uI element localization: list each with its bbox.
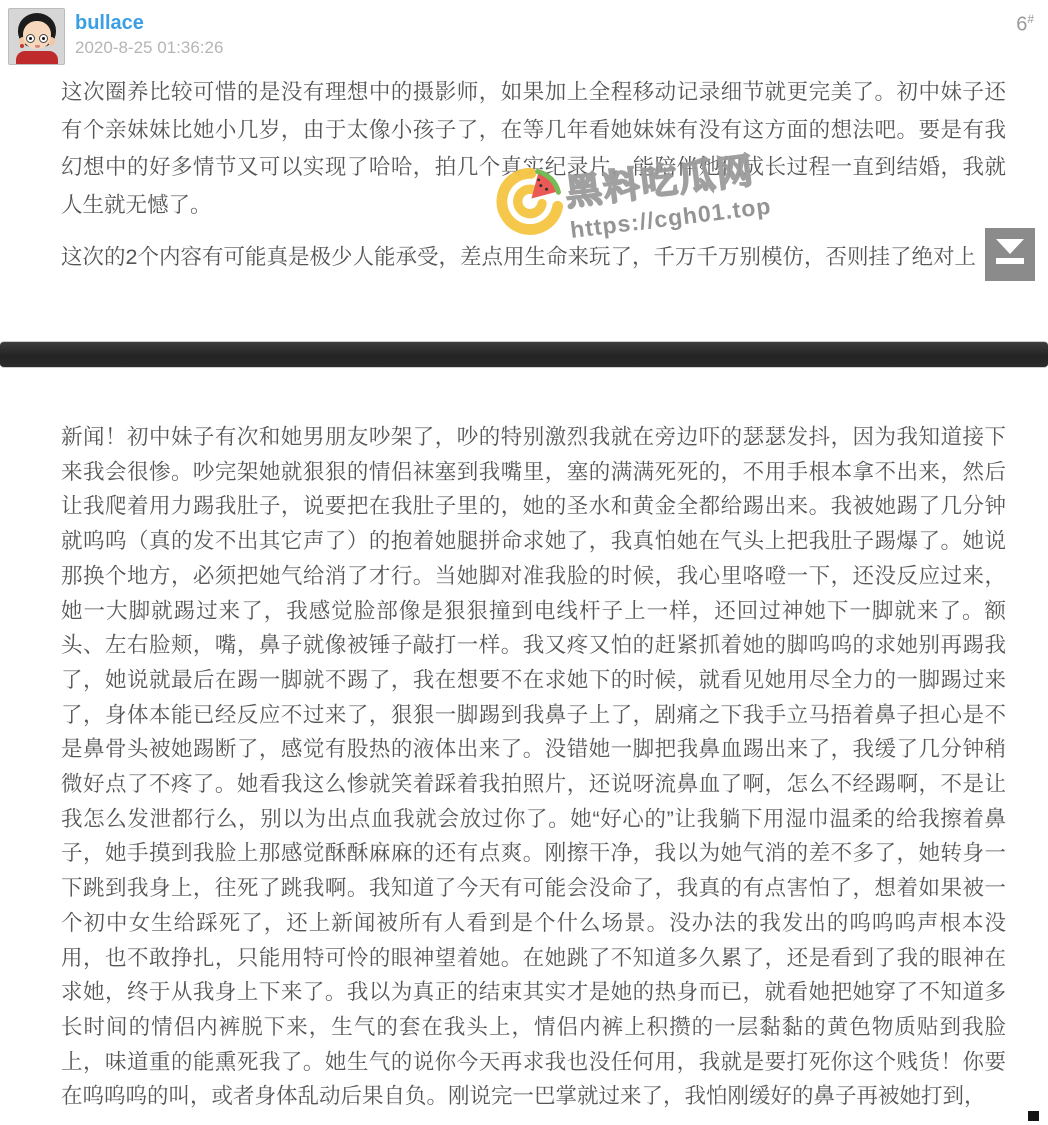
- bottom-bar-icon: [996, 258, 1024, 264]
- avatar-eye: [39, 34, 48, 43]
- avatar[interactable]: [8, 8, 65, 65]
- watermelon-logo-icon: [494, 163, 566, 237]
- floor-number: 6#: [1016, 12, 1034, 37]
- post-body: 新闻！初中妹子有次和她男朋友吵架了，吵的特别激烈我就在旁边吓的瑟瑟发抖，因为我知…: [61, 420, 1006, 1114]
- post-paragraph-2: 这次的2个内容有可能真是极少人能承受，差点用生命来玩了，千万千万别模仿，否则挂了…: [61, 239, 1006, 277]
- censored-divider-bar: [0, 341, 1048, 368]
- avatar-shirt: [16, 51, 58, 65]
- avatar-earring: [20, 44, 24, 48]
- avatar-mouth: [35, 45, 40, 48]
- floor-number-suffix: #: [1027, 12, 1034, 26]
- avatar-eye: [26, 34, 35, 43]
- scroll-to-bottom-button[interactable]: [985, 228, 1035, 281]
- floor-number-value: 6: [1016, 14, 1027, 36]
- forum-post-page: bullace 2020-8-25 01:36:26 6# 这次圈养比较可惜的是…: [0, 0, 1048, 1125]
- username-link[interactable]: bullace: [75, 12, 144, 35]
- triangle-down-icon: [996, 239, 1024, 254]
- site-watermark: 黑料吃瓜网 https://cgh01.top: [494, 163, 774, 244]
- corner-mark: [1028, 1111, 1039, 1121]
- post-timestamp: 2020-8-25 01:36:26: [75, 38, 223, 58]
